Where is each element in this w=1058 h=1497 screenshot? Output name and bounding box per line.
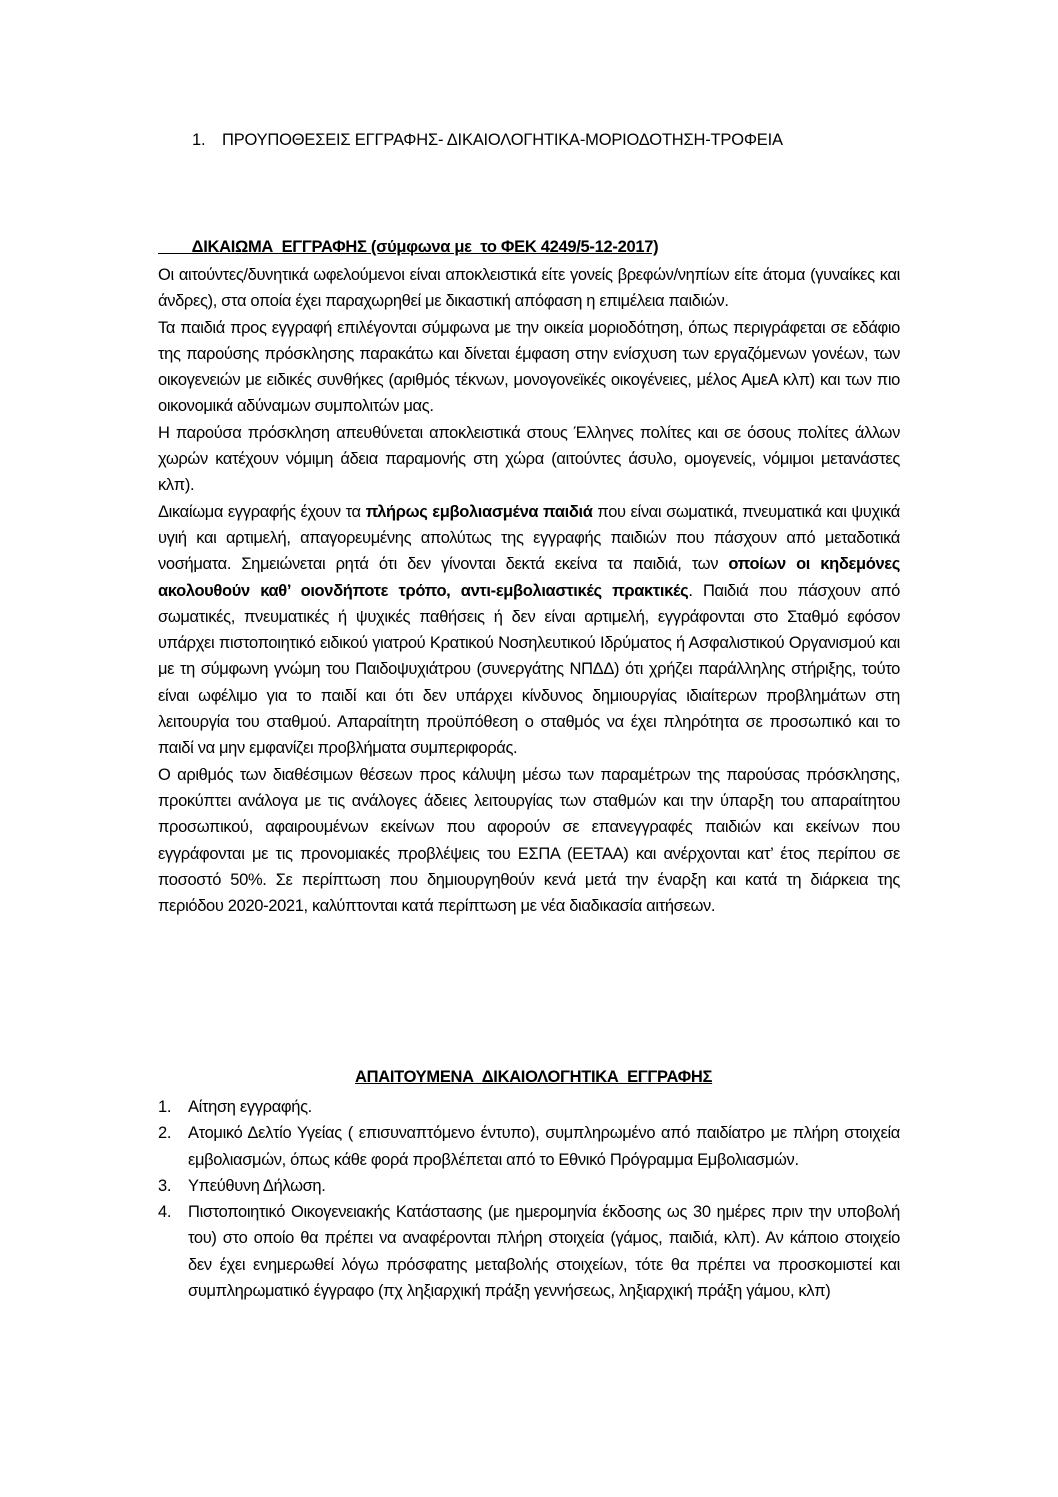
required-documents-list: 1.Αίτηση εγγραφής. 2.Ατομικό Δελτίο Υγεί… <box>158 1094 900 1304</box>
list-item: 2.Ατομικό Δελτίο Υγείας ( επισυναπτόμενο… <box>158 1120 900 1173</box>
vaccination-text-1: Δικαίωμα εγγραφής έχουν τα <box>158 503 366 521</box>
list-number: 3. <box>158 1173 171 1199</box>
section-title: 1.ΠΡΟΥΠΟΘΕΣΕΙΣ ΕΓΓΡΑΦΗΣ- ΔΙΚΑΙΟΛΟΓΗΤΙΚΑ-… <box>192 131 783 150</box>
list-text: Υπεύθυνη Δήλωση. <box>188 1177 326 1195</box>
list-text: Ατομικό Δελτίο Υγείας ( επισυναπτόμενο έ… <box>188 1124 900 1168</box>
list-number: 1. <box>158 1094 171 1120</box>
heading-registration-right: ΔΙΚΑΙΩΜΑ ΕΓΓΡΑΦΗΣ (σύμφωνα με το ΦΕΚ 424… <box>158 238 778 257</box>
document-page: 1.ΠΡΟΥΠΟΘΕΣΕΙΣ ΕΓΓΡΑΦΗΣ- ΔΙΚΑΙΟΛΟΓΗΤΙΚΑ-… <box>0 0 1058 1497</box>
list-item: 4.Πιστοποιητικό Οικογενειακής Κατάστασης… <box>158 1199 900 1304</box>
section-title-text: ΠΡΟΥΠΟΘΕΣΕΙΣ ΕΓΓΡΑΦΗΣ- ΔΙΚΑΙΟΛΟΓΗΤΙΚΑ-ΜΟ… <box>222 131 783 149</box>
list-item: 3.Υπεύθυνη Δήλωση. <box>158 1173 900 1199</box>
list-item: 1.Αίτηση εγγραφής. <box>158 1094 900 1120</box>
list-number: 2. <box>158 1120 171 1146</box>
body-text: Οι αιτούντες/δυνητικά ωφελούμενοι είναι … <box>158 262 900 919</box>
vaccination-text-3: . Παιδιά που πάσχουν από σωματικές, πνευ… <box>158 582 900 758</box>
paragraph-vaccination: Δικαίωμα εγγραφής έχουν τα πλήρως εμβολι… <box>158 499 900 762</box>
heading-required-documents: ΑΠΑΙΤΟΥΜΕΝΑ ΔΙΚΑΙΟΛΟΓΗΤΙΚΑ ΕΓΓΡΑΦΗΣ <box>355 1068 712 1087</box>
paragraph-eligibility: Οι αιτούντες/δυνητικά ωφελούμενοι είναι … <box>158 262 900 315</box>
vaccination-bold-1: πλήρως εμβολιασμένα παιδιά <box>366 503 593 521</box>
paragraph-selection: Τα παιδιά προς εγγραφή επιλέγονται σύμφω… <box>158 315 900 420</box>
section-number: 1. <box>192 131 222 150</box>
paragraph-available-places: Ο αριθμός των διαθέσιμων θέσεων προς κάλ… <box>158 762 900 920</box>
list-number: 4. <box>158 1199 171 1225</box>
paragraph-citizens: Η παρούσα πρόσκληση απευθύνεται αποκλεισ… <box>158 420 900 499</box>
list-text: Πιστοποιητικό Οικογενειακής Κατάστασης (… <box>188 1203 900 1300</box>
list-text: Αίτηση εγγραφής. <box>188 1098 312 1116</box>
